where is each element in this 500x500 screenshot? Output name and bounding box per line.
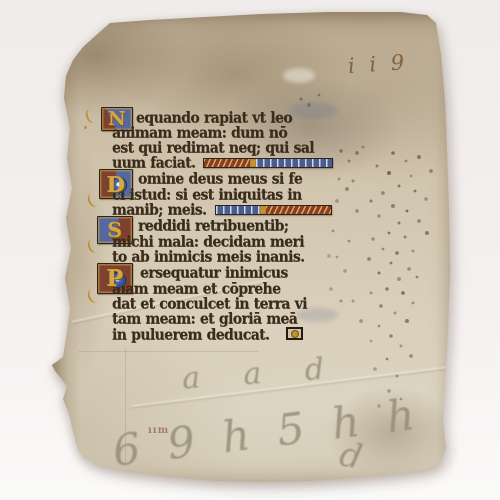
filler-blue-segment <box>216 206 260 214</box>
initial-letter: P <box>107 266 124 292</box>
marginal-flourish-dot <box>84 126 87 129</box>
text-line-14: tam meam: et gloriā meā <box>112 312 297 328</box>
ink-speckles <box>0 0 2 2</box>
manuscript-leaf-shadow-wrap: i i 9 N D S <box>0 0 500 500</box>
text-line-7: manib; meis. <box>112 203 206 219</box>
marginal-flourish <box>84 106 101 124</box>
folio-number: i i 9 <box>347 50 409 78</box>
text-line-5: omine deus meus si fe <box>138 172 302 188</box>
initial-letter: S <box>108 218 122 242</box>
text-line-15: in puluerem deducat. <box>112 328 269 344</box>
filler-red-segment <box>266 206 331 214</box>
text-line-11: ersequatur inimicus <box>140 266 288 282</box>
initial-letter: D <box>107 172 125 197</box>
abrasion-spot <box>283 68 315 83</box>
leaf-content: i i 9 N D S <box>0 0 500 500</box>
blue-gray-stain <box>290 102 338 119</box>
initial-letter: N <box>108 108 125 130</box>
filler-blue-segment <box>256 159 332 167</box>
pen-trial-row-1: a a d <box>181 350 342 396</box>
ruling-line-horizontal <box>78 351 258 352</box>
text-line-4: uum faciat. <box>112 156 195 172</box>
ink-offset-mark: ıım <box>148 425 169 436</box>
line-filler <box>215 205 332 215</box>
text-line-8: reddidi retribuentib; <box>138 219 288 235</box>
manuscript-leaf: i i 9 N D S <box>52 12 451 483</box>
line-filler <box>203 158 333 168</box>
filler-red-segment <box>204 159 250 167</box>
photo-backdrop: { "scene": { "backdrop_color": "#f2efee"… <box>0 0 500 500</box>
text-line-10: to ab inimicis meis inanis. <box>112 250 304 266</box>
gold-besant <box>292 331 298 337</box>
paragraph-end-mark <box>286 327 303 340</box>
